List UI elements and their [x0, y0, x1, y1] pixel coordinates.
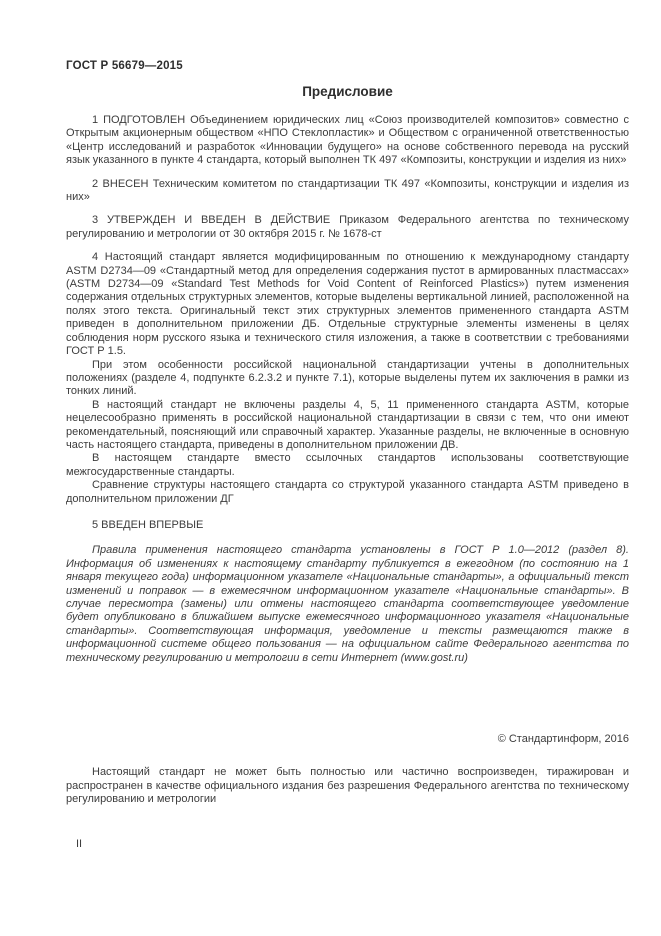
reproduction-notice: Настоящий стандарт не может быть полност… — [66, 766, 629, 806]
foreword-title: Предисловие — [66, 84, 629, 99]
foreword-item-4-note-3: В настоящем стандарте вместо ссылочных с… — [66, 452, 629, 479]
foreword-item-4: 4 Настоящий стандарт является модифициро… — [66, 251, 629, 358]
foreword-item-4-note-2: В настоящий стандарт не включены разделы… — [66, 399, 629, 453]
page-number: II — [66, 838, 629, 850]
copyright-notice: © Стандартинформ, 2016 — [66, 733, 629, 746]
foreword-item-1: 1 ПОДГОТОВЛЕН Объединением юридических л… — [66, 114, 629, 168]
foreword-item-4-note-4: Сравнение структуры настоящего стандарта… — [66, 479, 629, 506]
foreword-item-3: 3 УТВЕРЖДЕН И ВВЕДЕН В ДЕЙСТВИЕ Приказом… — [66, 214, 629, 241]
document-page: ГОСТ Р 56679—2015 Предисловие 1 ПОДГОТОВ… — [0, 0, 661, 936]
application-rules-note: Правила применения настоящего стандарта … — [66, 544, 629, 665]
foreword-item-4-note-1: При этом особенности российской национал… — [66, 359, 629, 399]
foreword-item-2: 2 ВНЕСЕН Техническим комитетом по станда… — [66, 178, 629, 205]
foreword-body: 1 ПОДГОТОВЛЕН Объединением юридических л… — [66, 114, 629, 807]
foreword-item-5: 5 ВВЕДЕН ВПЕРВЫЕ — [66, 519, 629, 532]
standard-code: ГОСТ Р 56679—2015 — [66, 60, 629, 72]
